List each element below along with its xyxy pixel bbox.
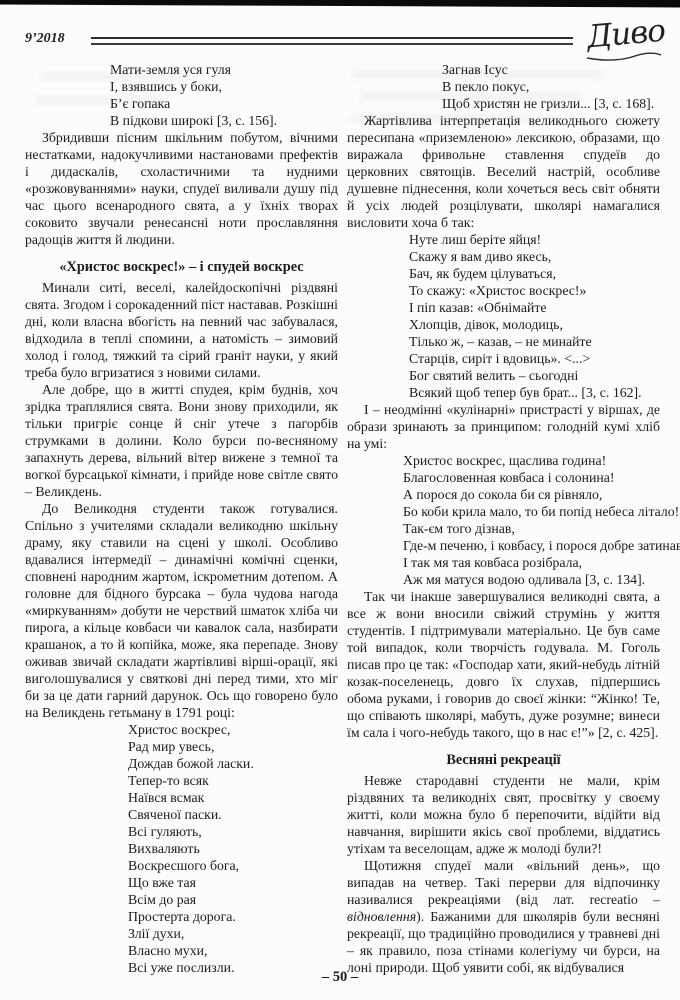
- poem-block: Христос воскрес, щаслива година!Благосло…: [347, 452, 660, 588]
- poem-line: Скажу я вам диво якесь,: [409, 248, 660, 265]
- paragraph: І – неодмінні «кулінарні» пристрасті у в…: [347, 401, 660, 452]
- poem-line: Христос воскрес, щаслива година!: [403, 452, 660, 469]
- poem-line: А порося до сокола би ся рівняло,: [403, 486, 660, 503]
- right-column: Загнав ІсусВ пекло покус,Щоб христян не …: [347, 61, 660, 976]
- poem-line: Бач, як будем цілуваться,: [409, 265, 660, 282]
- latin-term: recreatio: [590, 892, 638, 907]
- italic-term: відновлення: [347, 909, 416, 924]
- left-column: Мати-земля уся гуляІ, взявшись у боки,Б’…: [25, 61, 338, 976]
- poem-line: Тілько ж, – казав, – не минайте: [409, 333, 660, 350]
- poem-line: То скажу: «Христос воскрес!»: [409, 282, 660, 299]
- poem-block: Загнав ІсусВ пекло покус,Щоб христян не …: [347, 61, 660, 112]
- issue-number: 9’2018: [25, 31, 65, 47]
- poem-line: Мати-земля уся гуля: [110, 61, 338, 78]
- poem-line: Що вже тая: [128, 874, 338, 891]
- poem-line: Воскресшого бога,: [128, 857, 338, 874]
- section-heading: Весняні рекреації: [347, 752, 660, 769]
- poem-line: Наївся всмак: [128, 789, 338, 806]
- poem-line: Так-єм того дізнав,: [403, 520, 660, 537]
- poem-line: Где-м печеню, і ковбасу, і порося добре …: [403, 537, 660, 554]
- poem-line: Дождав божой ласки.: [128, 755, 338, 772]
- page-header: 9’2018 Диво: [25, 22, 665, 58]
- scan-edge-artifact: [0, 0, 680, 8]
- poem-line: Загнав Ісус: [442, 61, 660, 78]
- poem-line: Благословенная ковбаса і солонина!: [403, 469, 660, 486]
- poem-line: Всім до рая: [128, 891, 338, 908]
- section-heading: «Христос воскрес!» – і спудей воскрес: [25, 259, 338, 276]
- poem-line: Христос воскрес,: [128, 721, 338, 738]
- poem-line: В підкови широкі [3, с. 156].: [110, 112, 338, 129]
- journal-logo: Диво: [586, 13, 667, 56]
- poem-line: Щоб христян не гризли... [3, с. 168].: [442, 95, 660, 112]
- text-run: –: [638, 892, 660, 907]
- page-number: – 50 –: [0, 969, 680, 986]
- poem-line: І піп казав: «Обнімайте: [409, 299, 660, 316]
- poem-line: Всі гуляють,: [128, 823, 338, 840]
- poem-line: Аж мя матуся водою одливала [3, с. 134].: [403, 571, 660, 588]
- poem-block: Нуте лиш беріте яйця!Скажу я вам диво як…: [347, 231, 660, 401]
- paragraph: Жартівлива інтерпретація великоднього сю…: [347, 112, 660, 231]
- paragraph: Але добре, що в житті спудея, крім будні…: [25, 381, 338, 500]
- poem-line: Власно мухи,: [128, 942, 338, 959]
- scanned-journal-page: 9’2018 Диво Мати-земля уся гуляІ, взявши…: [0, 0, 680, 1000]
- poem-line: Свяченої паски.: [128, 806, 338, 823]
- paragraph: Щотижня спудеї мали «вільний день», що в…: [347, 857, 660, 976]
- poem-block: Мати-земля уся гуляІ, взявшись у боки,Б’…: [25, 61, 338, 129]
- paragraph: Так чи інакше завершувалися великодні св…: [347, 588, 660, 741]
- poem-line: Простерта дорога.: [128, 908, 338, 925]
- poem-line: Б’є гопака: [110, 95, 338, 112]
- poem-line: Бо коби крила мало, то би попід небеса л…: [403, 503, 660, 520]
- poem-line: Рад мир увесь,: [128, 738, 338, 755]
- poem-line: Старців, сиріт і вдовиць». <...>: [409, 350, 660, 367]
- paragraph: Минали ситі, веселі, калейдоскопічні різ…: [25, 279, 338, 381]
- poem-line: Вихваляють: [128, 840, 338, 857]
- paragraph: Збридивши пісним шкільним побутом, вічни…: [25, 129, 338, 248]
- poem-line: В пекло покус,: [442, 78, 660, 95]
- paragraph: Невже стародавні студенти не мали, крім …: [347, 772, 660, 857]
- poem-line: Злії духи,: [128, 925, 338, 942]
- poem-line: Хлопців, дівок, молодиць,: [409, 316, 660, 333]
- paragraph: До Великодня студенти також готувалися. …: [25, 500, 338, 721]
- poem-line: Нуте лиш беріте яйця!: [409, 231, 660, 248]
- poem-line: І так мя тая ковбаса розібрала,: [403, 554, 660, 571]
- poem-block: Христос воскрес,Рад мир увесь,Дождав бож…: [25, 721, 338, 976]
- poem-line: Всякий щоб тепер був брат... [3, с. 162]…: [409, 384, 660, 401]
- poem-line: Бог святий велить – сьогодні: [409, 367, 660, 384]
- poem-line: Тепер-то всяк: [128, 772, 338, 789]
- poem-line: І, взявшись у боки,: [110, 78, 338, 95]
- header-rule: [91, 37, 573, 45]
